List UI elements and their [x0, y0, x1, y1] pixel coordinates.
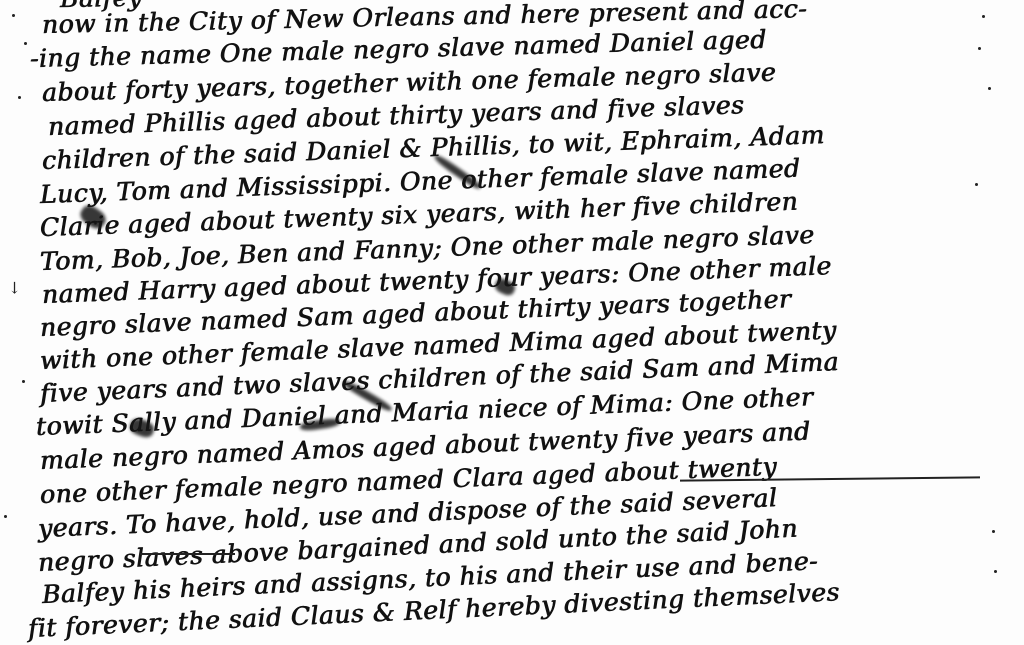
speck: [988, 87, 991, 90]
speck: [982, 15, 985, 18]
speck: [12, 14, 15, 17]
speck: [18, 96, 21, 99]
speck: [24, 42, 27, 45]
speck: [978, 47, 981, 50]
speck: [975, 183, 978, 186]
margin-mark: ↘: [3, 276, 26, 299]
speck: [22, 380, 25, 383]
manuscript-page: Balfey now in the City of New Orleans an…: [0, 0, 1024, 645]
speck: [4, 515, 7, 518]
strike-stroke: [140, 553, 235, 555]
speck: [992, 530, 995, 533]
speck: [994, 570, 997, 573]
